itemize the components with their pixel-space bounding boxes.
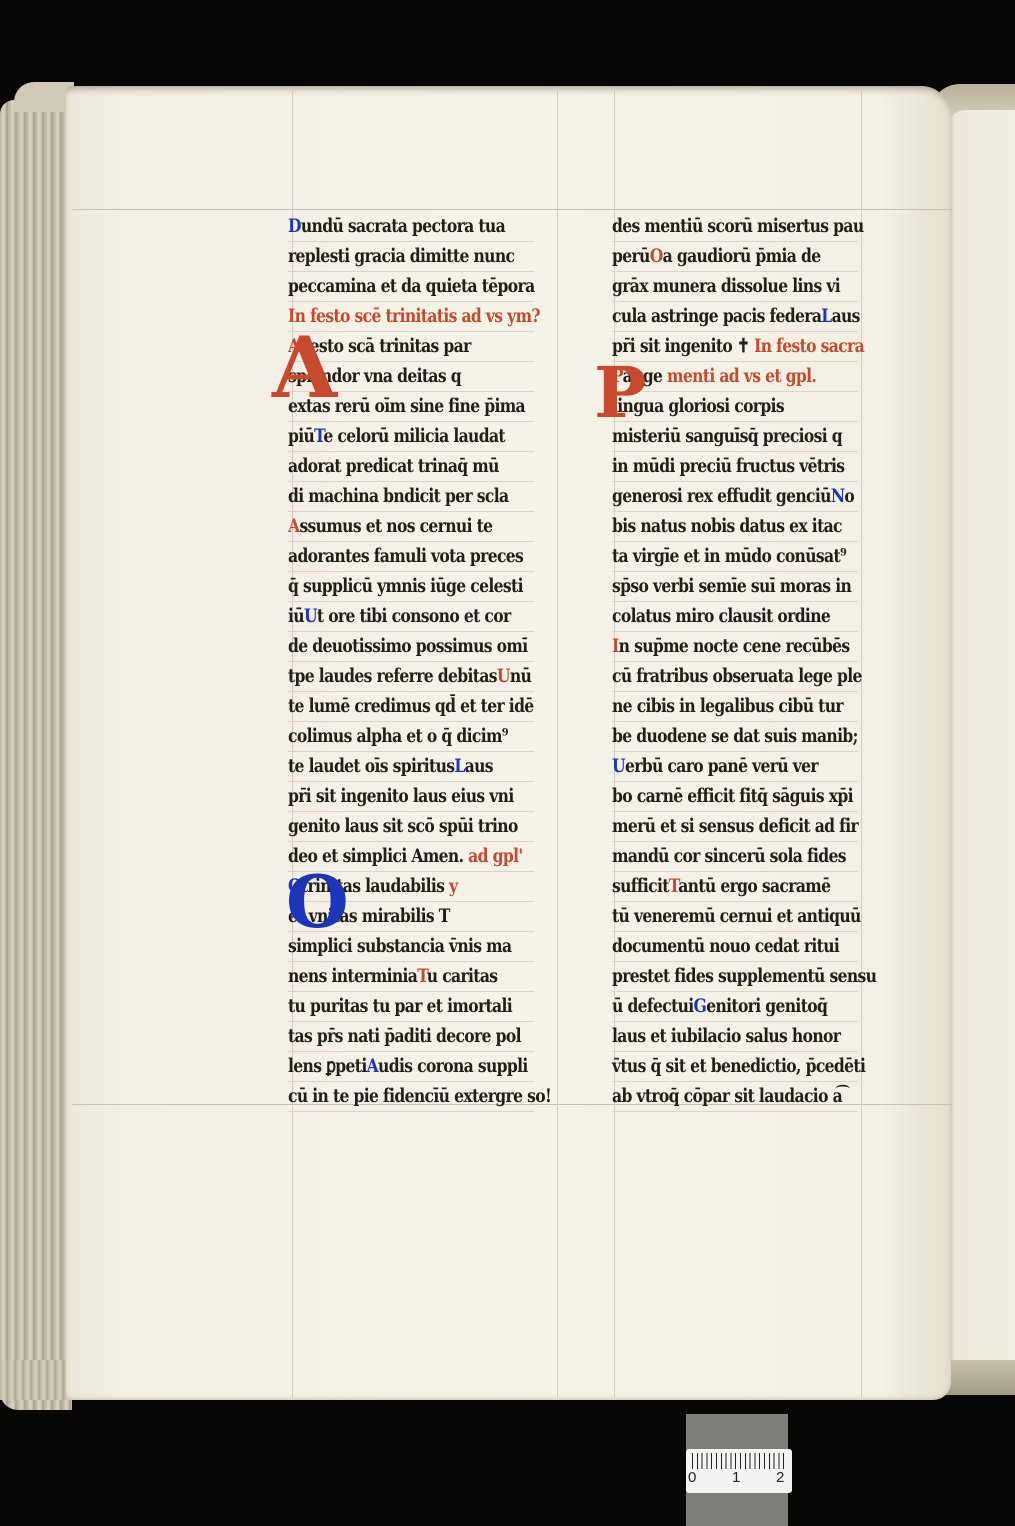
- manuscript-line: colimus alpha et o q̄ dicim⁹: [288, 722, 534, 752]
- line-text: perū: [612, 245, 650, 267]
- manuscript-line: merū et si sensus deficit ad fir: [612, 812, 858, 842]
- manuscript-line: perūOa gaudiorū p̄mia de: [612, 242, 858, 272]
- decorated-initial: N: [831, 485, 845, 507]
- decorated-initial: D: [288, 215, 301, 237]
- page-stack-top-edge: [14, 82, 74, 112]
- line-text: generosi rex effudit genciū: [612, 485, 831, 507]
- line-text: nens interminia: [288, 965, 417, 987]
- scale-ruler: 0 1 2: [686, 1449, 792, 1493]
- line-text: te laudet oīs spiritus: [288, 755, 454, 777]
- manuscript-line: peccamina et da quieta tēpora: [288, 272, 534, 302]
- ruler-label-2: 2: [776, 1469, 784, 1486]
- manuscript-line: cū in te pie fidencīū extergre so!: [288, 1082, 534, 1112]
- manuscript-line: iūUt ore tibi consono et cor: [288, 602, 534, 632]
- line-text: pr̄i sit ingenito laus eius vni: [288, 785, 514, 807]
- line-text: iū: [288, 605, 304, 627]
- manuscript-line: bis natus nobis datus ex itac: [612, 512, 858, 542]
- initial-o-blue-large: O: [286, 866, 349, 938]
- line-text: te lumē credimus qd̄ et ter idē: [288, 695, 534, 717]
- manuscript-line: grāx munera dissolue lins vi: [612, 272, 858, 302]
- decorated-initial: O: [650, 245, 663, 267]
- manuscript-line: ū defectuiGenitori genitoq̄: [612, 992, 858, 1022]
- line-text: nū: [510, 665, 531, 687]
- manuscript-line: tū veneremū cernui et antiquū: [612, 902, 858, 932]
- decorated-initial: G: [694, 995, 707, 1017]
- manuscript-line: tu puritas tu par et imortali: [288, 992, 534, 1022]
- line-text: ne cibis in legalibus cibū tur: [612, 695, 843, 717]
- line-text: ab vtroq̄ cōpar sit laudacio a͡: [612, 1085, 842, 1107]
- line-text: o: [844, 485, 854, 507]
- line-text: sp̄so verbi semīe suī moras in: [612, 575, 851, 597]
- manuscript-line: replesti gracia dimitte nunc: [288, 242, 534, 272]
- manuscript-line: mandū cor sincerū sola fides: [612, 842, 858, 872]
- rubric-text: In festo sacra: [754, 335, 864, 357]
- line-text: q̄ supplicū ymnis iūge celesti: [288, 575, 523, 597]
- manuscript-line: laus et iubilacio salus honor: [612, 1022, 858, 1052]
- line-text: documentū nouo cedat ritui: [612, 935, 839, 957]
- line-text: cū fratribus obseruata lege ple: [612, 665, 862, 687]
- line-text: n sup̄me nocte cene recūbēs: [619, 635, 850, 657]
- line-text: tpe laudes referre debitas: [288, 665, 497, 687]
- manuscript-line: q̄ supplicū ymnis iūge celesti: [288, 572, 534, 602]
- manuscript-line: prestet fides supplementū sensu: [612, 962, 858, 992]
- rubric-text: menti ad vs et gpl.: [667, 365, 816, 387]
- manuscript-line: genito laus sit scō spūi trino: [288, 812, 534, 842]
- manuscript-line: adorat predicat trinaq̄ mū: [288, 452, 534, 482]
- manuscript-line: Uerbū caro panē verū ver: [612, 752, 858, 782]
- manuscript-line: cū fratribus obseruata lege ple: [612, 662, 858, 692]
- ruling-top: [72, 209, 952, 210]
- manuscript-line: adorantes famuli vota preces: [288, 542, 534, 572]
- rubric-text: ad gpl': [468, 845, 522, 867]
- manuscript-line: be duodene se dat suis manib;: [612, 722, 858, 752]
- manuscript-line: misteriū sanguīsq̄ preciosi q: [612, 422, 858, 452]
- facing-page-edge: [946, 110, 1015, 1370]
- line-text: adorantes famuli vota preces: [288, 545, 523, 567]
- decorated-initial: A: [288, 515, 299, 537]
- line-text: colatus miro clausit ordine: [612, 605, 830, 627]
- line-text: ta virgīe et in mūdo conūsat⁹: [612, 545, 846, 567]
- decorated-initial: T: [669, 875, 678, 897]
- line-text: tu puritas tu par et imortali: [288, 995, 512, 1017]
- line-text: cū in te pie fidencīū extergre so!: [288, 1085, 551, 1107]
- manuscript-line: tpe laudes referre debitasUnū: [288, 662, 534, 692]
- manuscript-line: ta virgīe et in mūdo conūsat⁹: [612, 542, 858, 572]
- manuscript-line: colatus miro clausit ordine: [612, 602, 858, 632]
- line-text: replesti gracia dimitte nunc: [288, 245, 514, 267]
- ruler-ticks: [692, 1453, 788, 1469]
- line-text: aus: [465, 755, 493, 777]
- decorated-initial: T: [417, 965, 427, 987]
- line-text: in mūdi preciū fructus vētris: [612, 455, 844, 477]
- decorated-initial: A: [367, 1055, 378, 1077]
- decorated-initial: U: [497, 665, 510, 687]
- manuscript-line: ne cibis in legalibus cibū tur: [612, 692, 858, 722]
- manuscript-line: lens ꝑpetiAudis corona suppli: [288, 1052, 534, 1082]
- manuscript-line: In sup̄me nocte cene recūbēs: [612, 632, 858, 662]
- manuscript-line: v̄tus q̄ sit et benedictio, p̄cedēti: [612, 1052, 858, 1082]
- rubric-text: y: [449, 875, 457, 897]
- decorated-initial: L: [821, 305, 831, 327]
- decorated-initial: T: [314, 425, 323, 447]
- manuscript-line: lingua gloriosi corpis: [612, 392, 858, 422]
- line-text: mandū cor sincerū sola fides: [612, 845, 846, 867]
- manuscript-line: documentū nouo cedat ritui: [612, 932, 858, 962]
- manuscript-line: ab vtroq̄ cōpar sit laudacio a͡: [612, 1082, 858, 1112]
- manuscript-line: piūTe celorū milicia laudat: [288, 422, 534, 452]
- line-text: t ore tibi consono et cor: [317, 605, 511, 627]
- line-text: aus: [832, 305, 860, 327]
- ruler-label-0: 0: [688, 1469, 696, 1486]
- line-text: enitori genitoq̄: [706, 995, 827, 1017]
- initial-p-red-large: P: [594, 358, 647, 428]
- line-text: merū et si sensus deficit ad fir: [612, 815, 858, 837]
- line-text: ū defectui: [612, 995, 694, 1017]
- page-stack-left: [0, 100, 72, 1410]
- manuscript-line: de deuotissimo possimus omī: [288, 632, 534, 662]
- line-text: udis corona suppli: [378, 1055, 528, 1077]
- line-text: adorat predicat trinaq̄ mū: [288, 455, 499, 477]
- manuscript-line: sp̄so verbi semīe suī moras in: [612, 572, 858, 602]
- line-text: ssumus et nos cernui te: [299, 515, 492, 537]
- line-text: tas pr̄s nati p̄aditi decore pol: [288, 1025, 521, 1047]
- decorated-initial: U: [304, 605, 317, 627]
- line-text: undū sacrata pectora tua: [301, 215, 505, 237]
- line-text: prestet fides supplementū sensu: [612, 965, 876, 987]
- line-text: sufficit: [612, 875, 669, 897]
- manuscript-line: tas pr̄s nati p̄aditi decore pol: [288, 1022, 534, 1052]
- manuscript-line: sufficitTantū ergo sacramē: [612, 872, 858, 902]
- line-text: bis natus nobis datus ex itac: [612, 515, 842, 537]
- initial-a-red-large: A: [272, 326, 337, 410]
- line-text: des mentiū scorū misertus pau: [612, 215, 864, 237]
- line-text: de deuotissimo possimus omī: [288, 635, 527, 657]
- line-text: antū ergo sacramē: [678, 875, 830, 897]
- ruler-label-1: 1: [732, 1469, 740, 1486]
- manuscript-line: Dundū sacrata pectora tua: [288, 212, 534, 242]
- line-text: v̄tus q̄ sit et benedictio, p̄cedēti: [612, 1055, 865, 1077]
- line-text: lens ꝑpeti: [288, 1055, 367, 1077]
- line-text: cula astringe pacis federa: [612, 305, 821, 327]
- line-text: di machina bndicit per scla: [288, 485, 508, 507]
- line-text: e celorū milicia laudat: [323, 425, 505, 447]
- manuscript-line: des mentiū scorū misertus pau: [612, 212, 858, 242]
- line-text: grāx munera dissolue lins vi: [612, 275, 840, 297]
- line-text: tū veneremū cernui et antiquū: [612, 905, 861, 927]
- manuscript-line: pr̄i sit ingenito laus eius vni: [288, 782, 534, 812]
- line-text: be duodene se dat suis manib;: [612, 725, 858, 747]
- manuscript-line: di machina bndicit per scla: [288, 482, 534, 512]
- manuscript-line: te lumē credimus qd̄ et ter idē: [288, 692, 534, 722]
- decorated-initial: L: [454, 755, 464, 777]
- line-text: colimus alpha et o q̄ dicim⁹: [288, 725, 508, 747]
- manuscript-line: Pange menti ad vs et gpl.: [612, 362, 858, 392]
- manuscript-line: in mūdi preciū fructus vētris: [612, 452, 858, 482]
- line-text: piū: [288, 425, 314, 447]
- manuscript-line: nens interminiaTu caritas: [288, 962, 534, 992]
- line-text: genito laus sit scō spūi trino: [288, 815, 518, 837]
- text-column-right: des mentiū scorū misertus pauperūOa gaud…: [612, 212, 912, 1112]
- line-text: bo carnē efficit fitq̄ sāguis xp̄i: [612, 785, 853, 807]
- manuscript-line: generosi rex effudit genciūNo: [612, 482, 858, 512]
- manuscript-line: Assumus et nos cernui te: [288, 512, 534, 542]
- decorated-initial: U: [612, 755, 625, 777]
- line-text: a gaudiorū p̄mia de: [663, 245, 821, 267]
- line-text: u caritas: [427, 965, 498, 987]
- line-text: peccamina et da quieta tēpora: [288, 275, 535, 297]
- manuscript-line: te laudet oīs spiritusLaus: [288, 752, 534, 782]
- manuscript-line: cula astringe pacis federaLaus: [612, 302, 858, 332]
- manuscript-line: bo carnē efficit fitq̄ sāguis xp̄i: [612, 782, 858, 812]
- line-text: laus et iubilacio salus honor: [612, 1025, 840, 1047]
- line-text: erbū caro panē verū ver: [625, 755, 818, 777]
- manuscript-line: pr̄i sit ingenito ✝ In festo sacra: [612, 332, 858, 362]
